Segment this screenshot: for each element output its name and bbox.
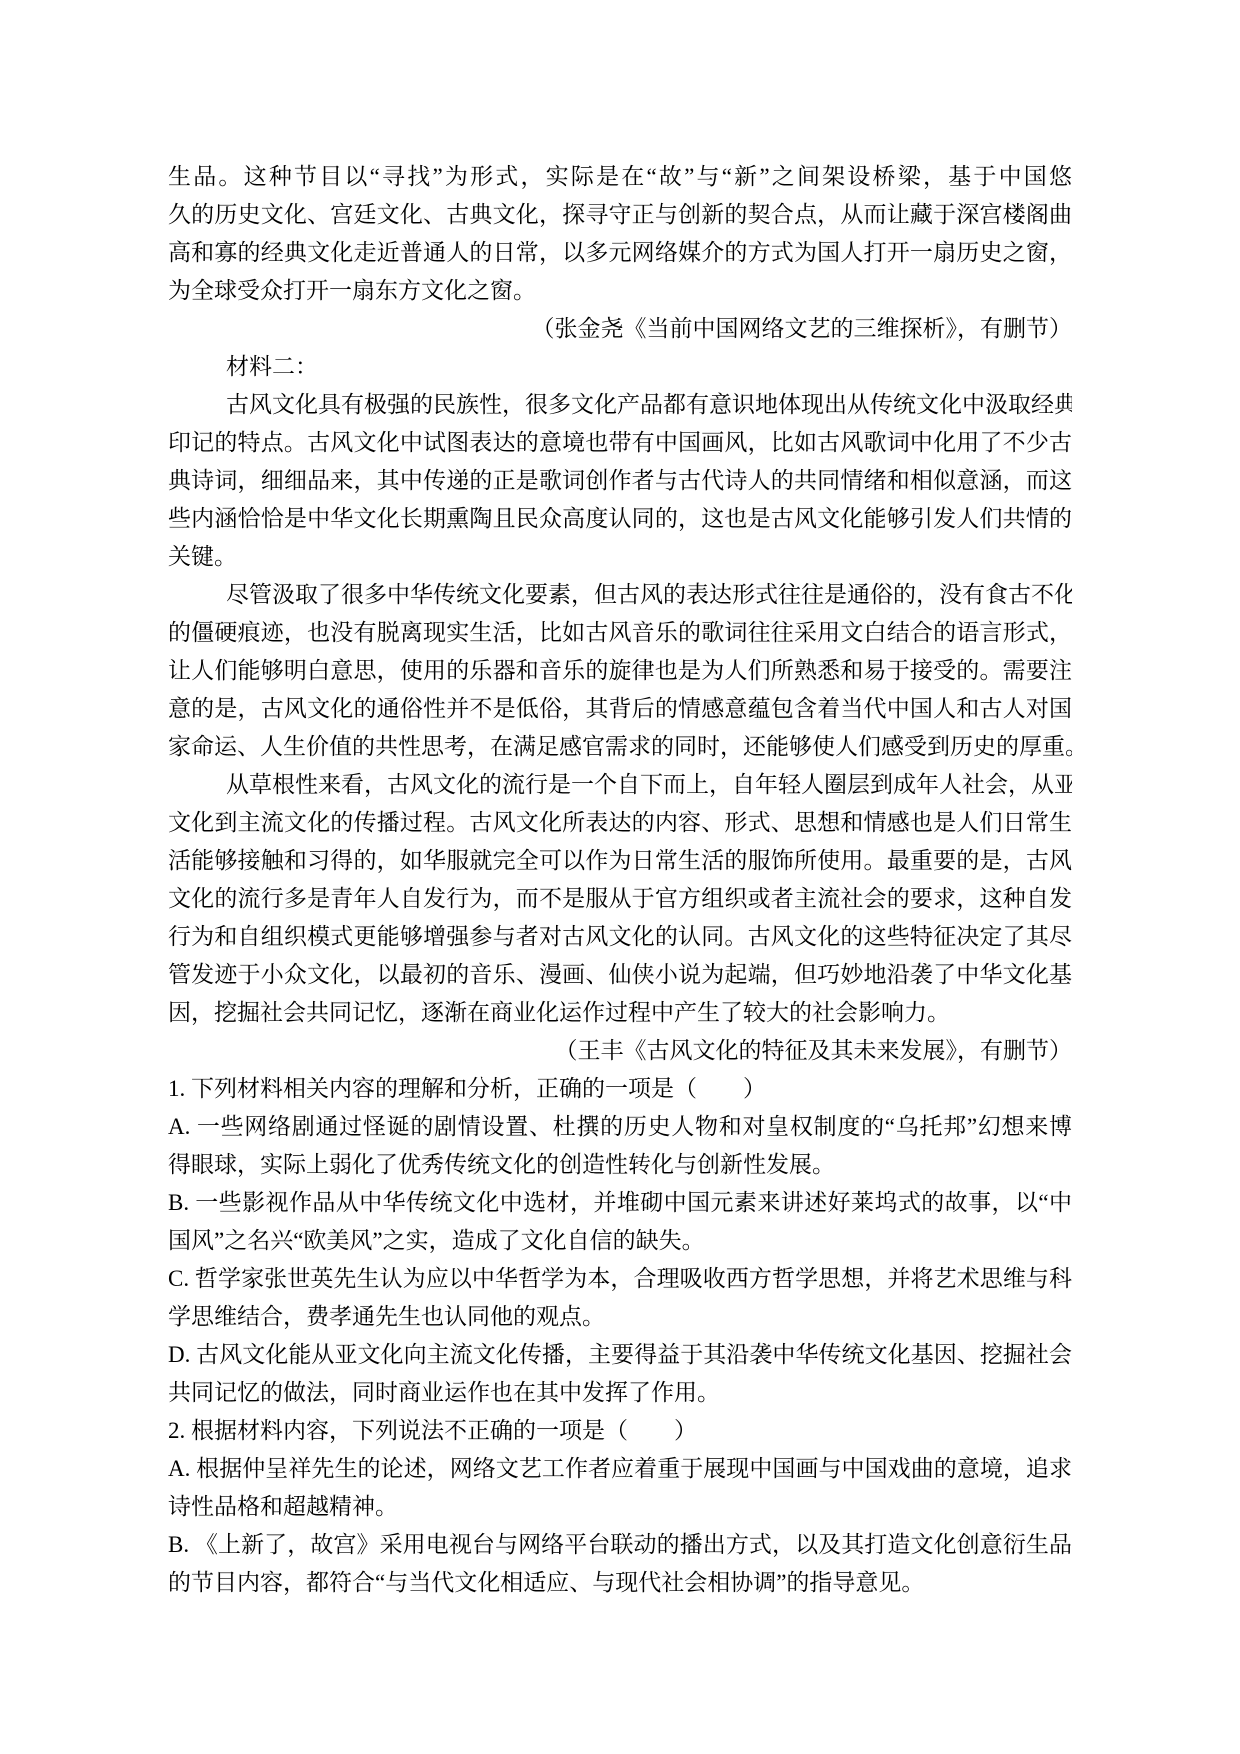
text-line: （王丰《古风文化的特征及其未来发展》，有删节） bbox=[168, 1032, 1072, 1070]
question-1-stem: 1. 下列材料相关内容的理解和分析，正确的一项是（ ） bbox=[168, 1070, 1072, 1108]
question-1-option-a: A. 一些网络剧通过怪诞的剧情设置、杜撰的历史人物和对皇权制度的“乌托邦”幻想来… bbox=[168, 1108, 1072, 1184]
text-line: 生品。这种节目以“寻找”为形式，实际是在“故”与“新”之间架设桥梁，基于中国悠 bbox=[168, 158, 1072, 196]
document-body: 生品。这种节目以“寻找”为形式，实际是在“故”与“新”之间架设桥梁，基于中国悠久… bbox=[168, 158, 1072, 1602]
text-line: 让人们能够明白意思，使用的乐器和音乐的旋律也是为人们所熟悉和易于接受的。需要注 bbox=[168, 652, 1072, 690]
text-line: 些内涵恰恰是中华文化长期熏陶且民众高度认同的，这也是古风文化能够引发人们共情的 bbox=[168, 500, 1072, 538]
text-line: 的僵硬痕迹，也没有脱离现实生活，比如古风音乐的歌词往往采用文白结合的语言形式， bbox=[168, 614, 1072, 652]
text-line: A. 根据仲呈祥先生的论述，网络文艺工作者应着重于展现中国画与中国戏曲的意境，追… bbox=[168, 1450, 1072, 1488]
text-line: 管发迹于小众文化，以最初的音乐、漫画、仙侠小说为起端，但巧妙地沿袭了中华文化基 bbox=[168, 956, 1072, 994]
text-line: 意的是，古风文化的通俗性并不是低俗，其背后的情感意蕴包含着当代中国人和古人对国 bbox=[168, 690, 1072, 728]
text-line: 为全球受众打开一扇东方文化之窗。 bbox=[168, 272, 1072, 310]
material2-heading: 材料二： bbox=[168, 348, 1072, 386]
text-line: 古风文化具有极强的民族性，很多文化产品都有意识地体现出从传统文化中汲取经典 bbox=[168, 386, 1072, 424]
text-line: 行为和自组织模式更能够增强参与者对古风文化的认同。古风文化的这些特征决定了其尽 bbox=[168, 918, 1072, 956]
material2-source-attribution: （王丰《古风文化的特征及其未来发展》，有删节） bbox=[168, 1032, 1072, 1070]
text-line: A. 一些网络剧通过怪诞的剧情设置、杜撰的历史人物和对皇权制度的“乌托邦”幻想来… bbox=[168, 1108, 1072, 1146]
text-line: 久的历史文化、宫廷文化、古典文化，探寻守正与创新的契合点，从而让藏于深宫楼阁曲 bbox=[168, 196, 1072, 234]
text-line: C. 哲学家张世英先生认为应以中华哲学为本，合理吸收西方哲学思想，并将艺术思维与… bbox=[168, 1260, 1072, 1298]
text-line: 共同记忆的做法，同时商业运作也在其中发挥了作用。 bbox=[168, 1374, 1072, 1412]
text-line: 关键。 bbox=[168, 538, 1072, 576]
material1-paragraph-continuation: 生品。这种节目以“寻找”为形式，实际是在“故”与“新”之间架设桥梁，基于中国悠久… bbox=[168, 158, 1072, 310]
text-line: 材料二： bbox=[168, 348, 1072, 386]
question-1-option-d: D. 古风文化能从亚文化向主流文化传播，主要得益于其沿袭中华传统文化基因、挖掘社… bbox=[168, 1336, 1072, 1412]
text-line: 尽管汲取了很多中华传统文化要素，但古风的表达形式往往是通俗的，没有食古不化 bbox=[168, 576, 1072, 614]
text-line: 家命运、人生价值的共性思考，在满足感官需求的同时，还能够使人们感受到历史的厚重。 bbox=[168, 728, 1072, 766]
text-line: 印记的特点。古风文化中试图表达的意境也带有中国画风，比如古风歌词中化用了不少古 bbox=[168, 424, 1072, 462]
material2-paragraph-2: 尽管汲取了很多中华传统文化要素，但古风的表达形式往往是通俗的，没有食古不化的僵硬… bbox=[168, 576, 1072, 766]
text-line: 典诗词，细细品来，其中传递的正是歌词创作者与古代诗人的共同情绪和相似意涵，而这 bbox=[168, 462, 1072, 500]
text-line: D. 古风文化能从亚文化向主流文化传播，主要得益于其沿袭中华传统文化基因、挖掘社… bbox=[168, 1336, 1072, 1374]
text-line: 得眼球，实际上弱化了优秀传统文化的创造性转化与创新性发展。 bbox=[168, 1146, 1072, 1184]
text-line: 诗性品格和超越精神。 bbox=[168, 1488, 1072, 1526]
text-line: 1. 下列材料相关内容的理解和分析，正确的一项是（ ） bbox=[168, 1070, 1072, 1108]
material2-paragraph-1: 古风文化具有极强的民族性，很多文化产品都有意识地体现出从传统文化中汲取经典印记的… bbox=[168, 386, 1072, 576]
question-2-stem: 2. 根据材料内容，下列说法不正确的一项是（ ） bbox=[168, 1412, 1072, 1450]
text-line: 活能够接触和习得的，如华服就完全可以作为日常生活的服饰所使用。最重要的是，古风 bbox=[168, 842, 1072, 880]
question-1-option-c: C. 哲学家张世英先生认为应以中华哲学为本，合理吸收西方哲学思想，并将艺术思维与… bbox=[168, 1260, 1072, 1336]
question-1-option-b: B. 一些影视作品从中华传统文化中选材，并堆砌中国元素来讲述好莱坞式的故事，以“… bbox=[168, 1184, 1072, 1260]
text-line: 国风”之名兴“欧美风”之实，造成了文化自信的缺失。 bbox=[168, 1222, 1072, 1260]
text-line: 2. 根据材料内容，下列说法不正确的一项是（ ） bbox=[168, 1412, 1072, 1450]
text-line: 文化的流行多是青年人自发行为，而不是服从于官方组织或者主流社会的要求，这种自发 bbox=[168, 880, 1072, 918]
text-line: 从草根性来看，古风文化的流行是一个自下而上，自年轻人圈层到成年人社会，从亚 bbox=[168, 766, 1072, 804]
question-2-option-b: B. 《上新了，故宫》采用电视台与网络平台联动的播出方式，以及其打造文化创意衍生… bbox=[168, 1526, 1072, 1602]
text-line: 学思维结合，费孝通先生也认同他的观点。 bbox=[168, 1298, 1072, 1336]
exam-paper-page: 生品。这种节目以“寻找”为形式，实际是在“故”与“新”之间架设桥梁，基于中国悠久… bbox=[0, 0, 1240, 1754]
question-2-option-a: A. 根据仲呈祥先生的论述，网络文艺工作者应着重于展现中国画与中国戏曲的意境，追… bbox=[168, 1450, 1072, 1526]
text-line: B. 一些影视作品从中华传统文化中选材，并堆砌中国元素来讲述好莱坞式的故事，以“… bbox=[168, 1184, 1072, 1222]
text-line: （张金尧《当前中国网络文艺的三维探析》，有删节） bbox=[168, 310, 1072, 348]
text-line: B. 《上新了，故宫》采用电视台与网络平台联动的播出方式，以及其打造文化创意衍生… bbox=[168, 1526, 1072, 1564]
material2-paragraph-3: 从草根性来看，古风文化的流行是一个自下而上，自年轻人圈层到成年人社会，从亚文化到… bbox=[168, 766, 1072, 1032]
text-line: 的节目内容，都符合“与当代文化相适应、与现代社会相协调”的指导意见。 bbox=[168, 1564, 1072, 1602]
text-line: 因，挖掘社会共同记忆，逐渐在商业化运作过程中产生了较大的社会影响力。 bbox=[168, 994, 1072, 1032]
text-line: 高和寡的经典文化走近普通人的日常，以多元网络媒介的方式为国人打开一扇历史之窗， bbox=[168, 234, 1072, 272]
text-line: 文化到主流文化的传播过程。古风文化所表达的内容、形式、思想和情感也是人们日常生 bbox=[168, 804, 1072, 842]
material1-source-attribution: （张金尧《当前中国网络文艺的三维探析》，有删节） bbox=[168, 310, 1072, 348]
